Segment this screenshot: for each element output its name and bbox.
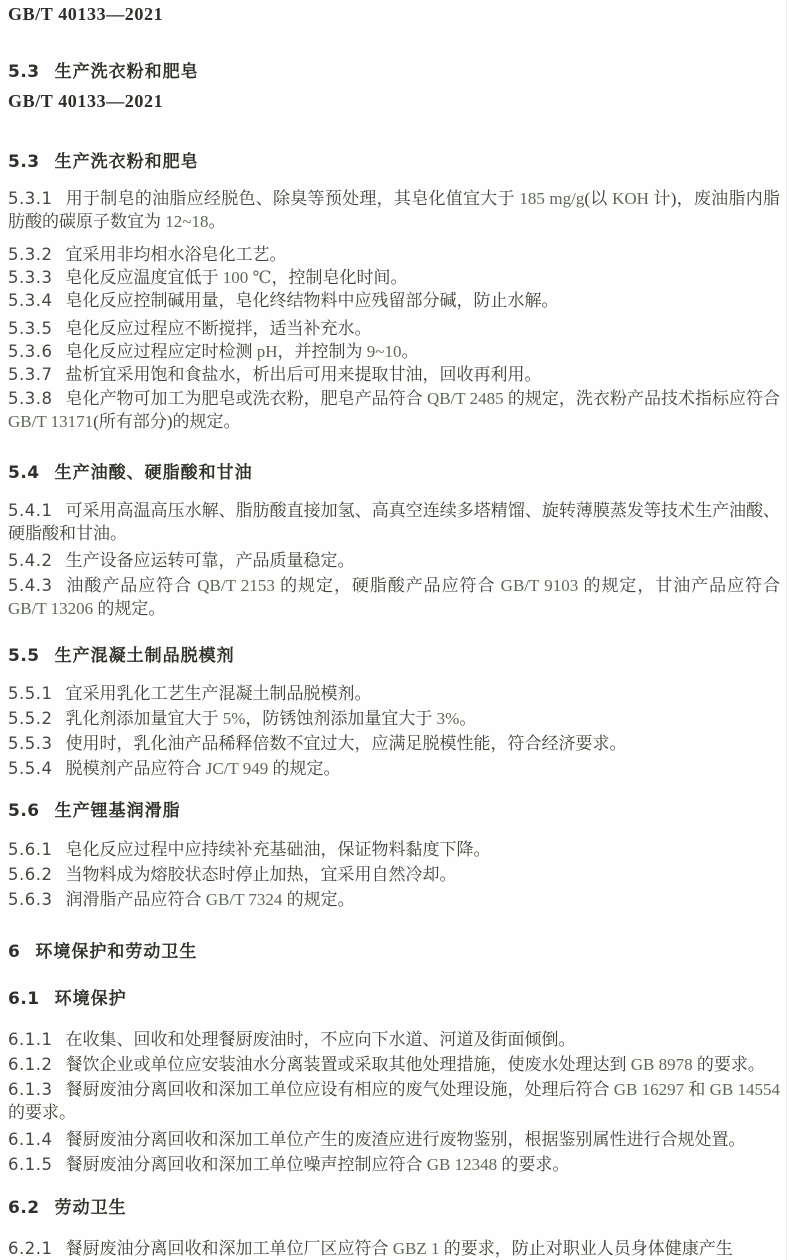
clause-5-3-8: 5.3.8皂化产物可加工为肥皂或洗衣粉，肥皂产品符合 QB/T 2485 的规定… <box>8 387 780 433</box>
clause-number: 6.1.5 <box>8 1155 52 1174</box>
text-segment: 的要求，防止对职业人员身体健康产生 <box>444 1239 733 1258</box>
text-segment: 。 <box>401 342 418 361</box>
section-number: 6.2 <box>8 1198 40 1218</box>
text-segment: 的要求。 <box>8 1103 76 1122</box>
clause-5-4-3: 5.4.3油酸产品应符合 QB/T 2153 的规定，硬脂酸产品应符合 GB/T… <box>8 574 780 620</box>
text-segment: GB 14554 <box>705 1080 780 1099</box>
section-heading-6-1: 6.1环境保护 <box>8 987 780 1011</box>
clause-5-3-7: 5.3.7盐析宜采用饱和食盐水，析出后可用来提取甘油，回收再利用。 <box>8 363 780 386</box>
clause-number: 5.5.1 <box>8 684 52 703</box>
text-segment: QB/T 2485 <box>423 389 508 408</box>
clause-5-4-1: 5.4.1可采用高温高压水解、脂肪酸直接加氢、高真空连续多塔精馏、旋转薄膜蒸发等… <box>8 499 780 545</box>
clause-6-1-1: 6.1.1在收集、回收和处理餐厨废油时，不应向下水道、河道及街面倾倒。 <box>8 1028 780 1051</box>
clause-5-5-2: 5.5.2乳化剂添加量宜大于 5%，防锈蚀剂添加量宜大于 3%。 <box>8 707 780 730</box>
section-heading-5-3: 5.3生产洗衣粉和肥皂 <box>8 60 780 84</box>
text-segment: JC/T 949 <box>201 759 272 778</box>
clause-5-3-5: 5.3.5皂化反应过程应不断搅拌，适当补充水。 <box>8 317 780 340</box>
clause-number: 6.1.4 <box>8 1130 52 1149</box>
section-title: 生产洗衣粉和肥皂 <box>55 62 199 82</box>
section-heading-6-2: 6.2劳动卫生 <box>8 1196 780 1220</box>
text-segment: 餐厨废油分离回收和深加工单位噪声控制应符合 <box>65 1155 422 1174</box>
text-segment: 使用时，乳化油产品稀释倍数不宜过大，应满足脱模性能，符合经济要求。 <box>65 734 626 753</box>
text-segment: 的要求。 <box>697 1055 765 1074</box>
text-segment: GB/T 7324 <box>201 890 286 909</box>
text-segment: 宜采用乳化工艺生产混凝土制品脱模剂。 <box>65 684 371 703</box>
section-heading-5-3-repeat: 5.3生产洗衣粉和肥皂 <box>8 150 780 174</box>
clause-6-1-3: 6.1.3餐厨废油分离回收和深加工单位应设有相应的废气处理设施，处理后符合 GB… <box>8 1078 780 1124</box>
text-segment: GB/T 13206 <box>8 599 97 618</box>
text-segment: 皂化产物可加工为肥皂或洗衣粉，肥皂产品符合 <box>65 389 422 408</box>
text-segment: 餐厨废油分离回收和深加工单位产生的废渣应进行废物鉴别，根据鉴别属性进行合规处置。 <box>65 1130 745 1149</box>
clause-number: 5.3.6 <box>8 342 52 361</box>
text-segment: 宜采用非均相水浴皂化工艺。 <box>65 245 286 264</box>
text-segment: 餐厨废油分离回收和深加工单位应设有相应的废气处理设施，处理后符合 <box>65 1080 609 1099</box>
clause-5-6-2: 5.6.2当物料成为熔胶状态时停止加热，宜采用自然冷却。 <box>8 863 780 886</box>
text-segment: 皂化反应控制碱用量，皂化终结物料中应残留部分碱，防止水解。 <box>65 291 558 310</box>
clause-number: 5.6.2 <box>8 865 52 884</box>
text-segment: GB/T 9103 <box>495 576 583 595</box>
clause-number: 6.2.1 <box>8 1239 52 1258</box>
clause-number: 5.4.2 <box>8 551 52 570</box>
text-segment: 的要求。 <box>501 1155 569 1174</box>
text-segment: (所有部分)的规定。 <box>93 412 240 431</box>
section-number: 5.5 <box>8 646 40 666</box>
text-segment: 可采用高温高压水解、脂肪酸直接加氢、高真空连续多塔精馏、旋转薄膜蒸发等技术生产油… <box>8 501 780 543</box>
text-segment: 当物料成为熔胶状态时停止加热，宜采用自然冷却。 <box>65 865 456 884</box>
text-segment: 盐析宜采用饱和食盐水，析出后可用来提取甘油，回收再利用。 <box>65 365 541 384</box>
text-segment: 润滑脂产品应符合 <box>65 890 201 909</box>
clause-6-2-1: 6.2.1餐厨废油分离回收和深加工单位厂区应符合 GBZ 1 的要求，防止对职业… <box>8 1237 780 1260</box>
text-segment: GB 8978 <box>626 1055 696 1074</box>
text-segment: 185 mg/g <box>515 189 585 208</box>
chapter-number: 6 <box>8 942 20 962</box>
text-segment: GB 12348 <box>422 1155 501 1174</box>
section-heading-5-5: 5.5生产混凝土制品脱模剂 <box>8 644 780 668</box>
clause-number: 5.4.3 <box>8 576 52 595</box>
text-segment: 的规定，洗衣粉产品技术指标应符合 <box>508 389 780 408</box>
clause-number: 5.5.2 <box>8 709 52 728</box>
page-edge-line <box>786 0 787 1260</box>
text-segment: 乳化剂添加量宜大于 <box>65 709 218 728</box>
text-segment: GBZ 1 <box>388 1239 443 1258</box>
text-segment: 的规定，硬脂酸产品应符合 <box>280 576 495 595</box>
text-segment: GB 16297 <box>610 1080 689 1099</box>
text-segment: 9~10 <box>363 342 402 361</box>
text-segment: 脱模剂产品应符合 <box>65 759 201 778</box>
clause-number: 6.1.3 <box>8 1080 52 1099</box>
text-segment: ，控制皂化时间。 <box>272 268 408 287</box>
clause-5-3-3: 5.3.3皂化反应温度宜低于 100 ℃，控制皂化时间。 <box>8 266 780 289</box>
clause-number: 5.6.3 <box>8 890 52 909</box>
text-segment: (以 <box>584 189 607 208</box>
clause-6-1-4: 6.1.4餐厨废油分离回收和深加工单位产生的废渣应进行废物鉴别，根据鉴别属性进行… <box>8 1128 780 1151</box>
text-segment: 餐厨废油分离回收和深加工单位厂区应符合 <box>65 1239 388 1258</box>
text-segment: 12~18 <box>161 212 208 231</box>
text-segment: ，并控制为 <box>278 342 363 361</box>
document-page: GB/T 40133—2021 5.3生产洗衣粉和肥皂 GB/T 40133—2… <box>0 0 789 1260</box>
section-title: 生产锂基润滑脂 <box>55 801 181 821</box>
section-number: 5.4 <box>8 463 40 483</box>
section-heading-5-6: 5.6生产锂基润滑脂 <box>8 799 780 823</box>
section-heading-5-4: 5.4生产油酸、硬脂酸和甘油 <box>8 461 780 485</box>
chapter-heading-6: 6环境保护和劳动卫生 <box>8 940 780 964</box>
clause-5-5-1: 5.5.1宜采用乳化工艺生产混凝土制品脱模剂。 <box>8 682 780 705</box>
section-number: 5.3 <box>8 62 40 82</box>
clause-number: 5.4.1 <box>8 501 52 520</box>
chapter-title: 环境保护和劳动卫生 <box>35 942 197 962</box>
page-header-standard-code-2: GB/T 40133—2021 <box>8 90 780 113</box>
clause-number: 5.3.1 <box>8 189 52 208</box>
clause-5-6-3: 5.6.3润滑脂产品应符合 GB/T 7324 的规定。 <box>8 888 780 911</box>
section-title: 劳动卫生 <box>55 1198 127 1218</box>
text-segment: GB/T 13171 <box>8 412 93 431</box>
clause-5-3-2: 5.3.2宜采用非均相水浴皂化工艺。 <box>8 243 780 266</box>
clause-number: 6.1.1 <box>8 1030 52 1049</box>
clause-number: 5.3.3 <box>8 268 52 287</box>
text-segment: 餐饮企业或单位应安装油水分离装置或采取其他处理措施，使废水处理达到 <box>65 1055 626 1074</box>
text-segment: 用于制皂的油脂应经脱色、除臭等预处理，其皂化值宜大于 <box>65 189 514 208</box>
clause-number: 5.3.5 <box>8 319 52 338</box>
text-segment: 。 <box>459 709 476 728</box>
text-segment: 100 ℃ <box>218 268 271 287</box>
clause-5-3-4: 5.3.4皂化反应控制碱用量，皂化终结物料中应残留部分碱，防止水解。 <box>8 289 780 312</box>
text-segment: QB/T 2153 <box>192 576 280 595</box>
text-segment: 和 <box>688 1080 705 1099</box>
clause-5-6-1: 5.6.1皂化反应过程中应持续补充基础油，保证物料黏度下降。 <box>8 838 780 861</box>
clause-number: 6.1.2 <box>8 1055 52 1074</box>
text-segment: KOH <box>608 189 654 208</box>
clause-6-1-2: 6.1.2餐饮企业或单位应安装油水分离装置或采取其他处理措施，使废水处理达到 G… <box>8 1053 780 1076</box>
clause-6-1-5: 6.1.5餐厨废油分离回收和深加工单位噪声控制应符合 GB 12348 的要求。 <box>8 1153 780 1176</box>
text-segment: 皂化反应过程中应持续补充基础油，保证物料黏度下降。 <box>65 840 490 859</box>
clause-5-4-2: 5.4.2生产设备应运转可靠，产品质量稳定。 <box>8 549 780 572</box>
text-segment: 在收集、回收和处理餐厨废油时，不应向下水道、河道及街面倾倒。 <box>65 1030 575 1049</box>
section-title: 生产油酸、硬脂酸和甘油 <box>55 463 253 483</box>
text-segment: 皂化反应过程应不断搅拌，适当补充水。 <box>65 319 371 338</box>
clause-number: 5.5.3 <box>8 734 52 753</box>
clause-number: 5.6.1 <box>8 840 52 859</box>
page-header-standard-code: GB/T 40133—2021 <box>8 3 780 26</box>
clause-5-5-3: 5.5.3使用时，乳化油产品稀释倍数不宜过大，应满足脱模性能，符合经济要求。 <box>8 732 780 755</box>
clause-5-3-1: 5.3.1用于制皂的油脂应经脱色、除臭等预处理，其皂化值宜大于 185 mg/g… <box>8 187 780 233</box>
section-title: 生产混凝土制品脱模剂 <box>55 646 235 666</box>
text-segment: 3% <box>432 709 459 728</box>
text-segment: 油酸产品应符合 <box>65 576 192 595</box>
clause-number: 5.3.8 <box>8 389 52 408</box>
text-segment: 生产设备应运转可靠，产品质量稳定。 <box>65 551 354 570</box>
clause-5-5-4: 5.5.4脱模剂产品应符合 JC/T 949 的规定。 <box>8 757 780 780</box>
text-segment: 。 <box>208 212 225 231</box>
text-segment: 的规定。 <box>273 759 341 778</box>
clause-number: 5.3.7 <box>8 365 52 384</box>
section-title: 环境保护 <box>55 989 127 1009</box>
text-segment: 的规定。 <box>97 599 165 618</box>
text-segment: ，防锈蚀剂添加量宜大于 <box>245 709 432 728</box>
text-segment: 皂化反应温度宜低于 <box>65 268 218 287</box>
section-number: 5.3 <box>8 152 40 172</box>
clause-number: 5.3.4 <box>8 291 52 310</box>
clause-number: 5.5.4 <box>8 759 52 778</box>
clause-5-3-6: 5.3.6皂化反应过程应定时检测 pH，并控制为 9~10。 <box>8 340 780 363</box>
clause-number: 5.3.2 <box>8 245 52 264</box>
section-number: 6.1 <box>8 989 40 1009</box>
text-segment: 5% <box>218 709 245 728</box>
section-number: 5.6 <box>8 801 40 821</box>
text-segment: pH <box>252 342 277 361</box>
text-segment: 的规定。 <box>287 890 355 909</box>
section-title: 生产洗衣粉和肥皂 <box>55 152 199 172</box>
text-segment: 的规定，甘油产品应符合 <box>584 576 781 595</box>
text-segment: 皂化反应过程应定时检测 <box>65 342 252 361</box>
